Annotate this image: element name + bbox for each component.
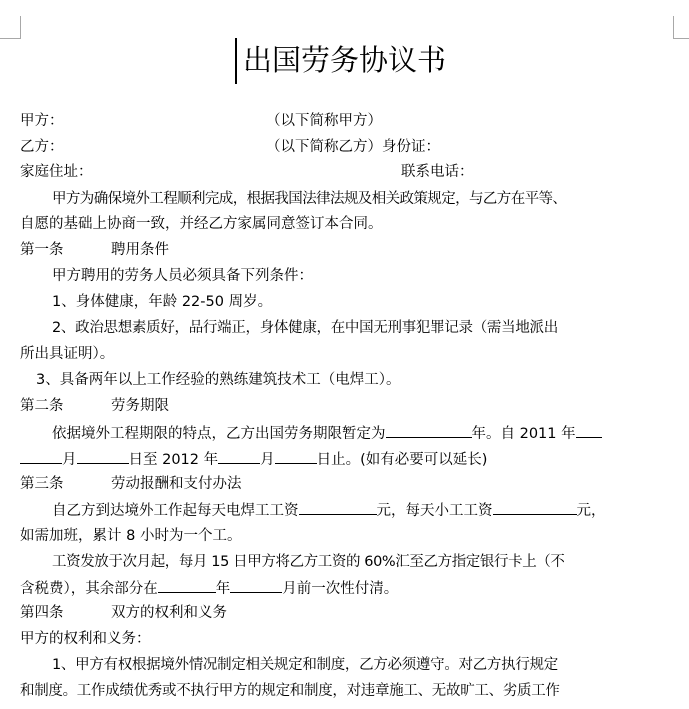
article-2-text-2d[interactable]: 日止。(如有必要可以延长) — [317, 452, 488, 468]
article-4-subheading[interactable]: 甲方的权利和义务： — [20, 629, 151, 649]
article-3-p2c[interactable]: 月前一次性付清。 — [282, 581, 398, 597]
article-1-item-2-line-1[interactable]: 2、政治思想素质好，品行端正，身体健康，在中国无刑事犯罪记录（需当地派出 — [20, 318, 558, 338]
party-b-label[interactable]: 乙方： — [20, 137, 64, 157]
term-years-blank[interactable] — [386, 423, 472, 438]
article-3-p2b[interactable]: 年 — [216, 581, 231, 597]
document-page: 出国劳务协议书 甲方： （以下简称甲方） 乙方： （以下简称乙方）身份证： 家庭… — [0, 0, 689, 709]
final-payment-year-blank[interactable] — [158, 578, 216, 593]
welder-wage-blank[interactable] — [299, 500, 377, 515]
laborer-wage-blank[interactable] — [493, 500, 577, 515]
article-2-heading[interactable]: 劳务期限 — [111, 396, 169, 416]
article-3-p2a[interactable]: 含税费），其余部分在 — [20, 581, 158, 597]
end-day-blank[interactable] — [275, 449, 317, 464]
article-2-text-1b[interactable]: 年。自 2011 年 — [472, 426, 576, 442]
document-title[interactable]: 出国劳务协议书 — [0, 40, 689, 80]
final-payment-month-blank[interactable] — [230, 578, 282, 593]
article-3-p1b[interactable]: 元，每天小工工资 — [377, 503, 493, 519]
article-3-para-1-line-2[interactable]: 如需加班，累计 8 小时为一个工。 — [20, 526, 241, 546]
article-1-heading[interactable]: 聘用条件 — [111, 240, 169, 260]
article-1-item-2-line-2[interactable]: 所出具证明）。 — [20, 344, 114, 364]
article-1-item-3[interactable]: 3、具备两年以上工作经验的熟练建筑技术工（电焊工）。 — [36, 370, 400, 390]
address-label[interactable]: 家庭住址： — [20, 162, 93, 182]
start-month-blank-part-1[interactable] — [576, 423, 602, 438]
article-3-para-1-line-1: 自乙方到达境外工作起每天电焊工工资元，每天小工工资元， — [20, 500, 606, 521]
party-a-note[interactable]: （以下简称甲方） — [266, 111, 382, 131]
article-3-number[interactable]: 第三条 — [20, 474, 64, 494]
article-4-item-1-line-2[interactable]: 和制度。工作成绩优秀或不执行甲方的规定和制度，对违章施工、无故旷工、劣质工作 — [20, 681, 560, 701]
article-2-text-2c[interactable]: 月 — [260, 452, 275, 468]
article-2-text-2a[interactable]: 月 — [62, 452, 77, 468]
start-month-blank[interactable] — [20, 449, 62, 464]
article-4-item-1-line-1[interactable]: 1、甲方有权根据境外情况制定相关规定和制度，乙方必须遵守。对乙方执行规定 — [20, 655, 558, 675]
article-3-p1c[interactable]: 元， — [577, 503, 606, 519]
article-2-text-2b[interactable]: 日至 2012 年 — [129, 452, 219, 468]
article-2-text-1a[interactable]: 依据境外工程期限的特点，乙方出国劳务期限暂定为 — [52, 426, 386, 442]
party-b-note[interactable]: （以下简称乙方）身份证： — [266, 137, 440, 157]
party-a-label[interactable]: 甲方： — [20, 111, 64, 131]
article-3-heading[interactable]: 劳动报酬和支付办法 — [111, 474, 242, 494]
article-3-p1a[interactable]: 自乙方到达境外工作起每天电焊工工资 — [52, 503, 299, 519]
article-4-number[interactable]: 第四条 — [20, 603, 64, 623]
article-2-line-1: 依据境外工程期限的特点，乙方出国劳务期限暂定为年。自 2011 年 — [20, 423, 602, 444]
article-1-lead[interactable]: 甲方聘用的劳务人员必须具备下列条件： — [20, 266, 313, 286]
start-day-blank[interactable] — [77, 449, 129, 464]
page-corner-mark-left — [0, 16, 21, 39]
intro-line-1[interactable]: 甲方为确保境外工程顺利完成，根据我国法律法规及相关政策规定，与乙方在平等、 — [20, 189, 566, 209]
article-3-para-2-line-2: 含税费），其余部分在年月前一次性付清。 — [20, 578, 398, 599]
intro-line-2[interactable]: 自愿的基础上协商一致，并经乙方家属同意签订本合同。 — [20, 214, 383, 234]
article-1-number[interactable]: 第一条 — [20, 240, 64, 260]
article-2-number[interactable]: 第二条 — [20, 396, 64, 416]
article-2-line-2: 月日至 2012 年月日止。(如有必要可以延长) — [20, 449, 487, 470]
page-corner-mark-right — [673, 16, 689, 39]
phone-label[interactable]: 联系电话： — [401, 162, 474, 182]
end-month-blank[interactable] — [218, 449, 260, 464]
article-1-item-1[interactable]: 1、身体健康，年龄 22-50 周岁。 — [20, 292, 272, 312]
article-4-heading[interactable]: 双方的权利和义务 — [111, 603, 227, 623]
article-3-para-2-line-1[interactable]: 工资发放于次月起，每月 15 日甲方将乙方工资的 60%汇至乙方指定银行卡上（不 — [20, 552, 565, 572]
